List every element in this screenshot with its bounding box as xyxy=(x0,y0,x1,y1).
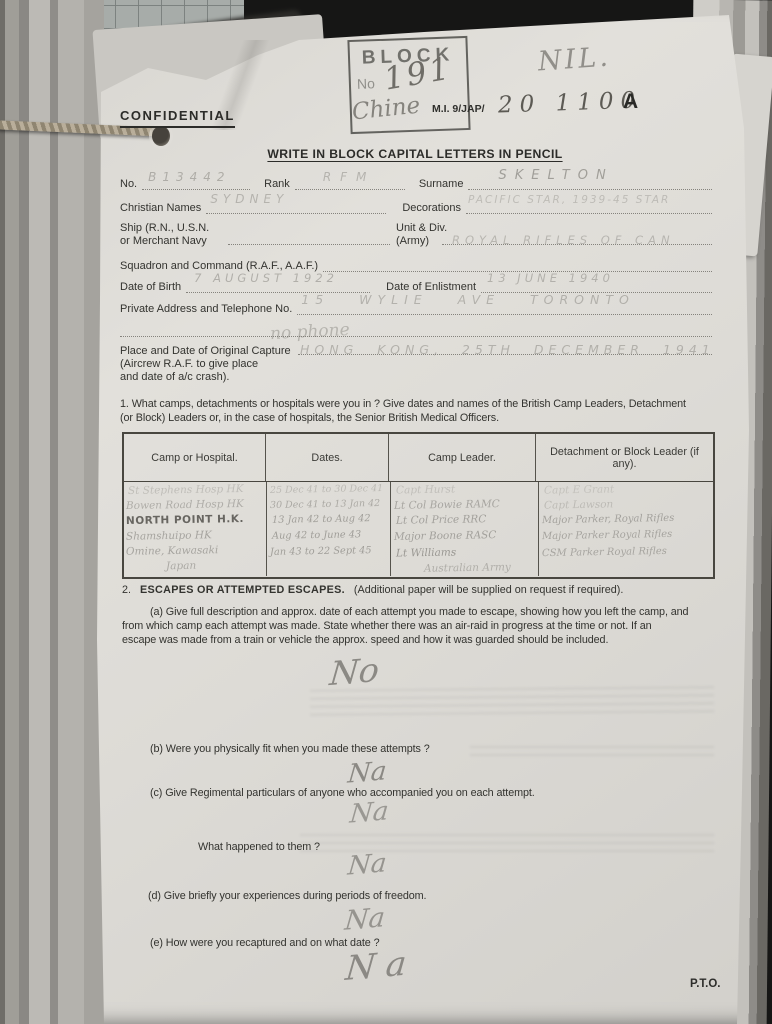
squadron-field xyxy=(323,258,712,272)
question2-number: 2. xyxy=(122,584,131,596)
dates-entry: Aug 42 to June 43 xyxy=(272,529,361,542)
answer-2e: Na xyxy=(344,943,418,989)
ship-label-line1: Ship (R.N., U.S.N. xyxy=(120,222,209,234)
camps-table-body: St Stephens Hosp HK Bowen Road Hosp HK N… xyxy=(124,482,713,576)
question2c2-text: What happened to them ? xyxy=(198,840,320,854)
block-letter-a: A xyxy=(623,90,638,114)
capture-label-line2: (Aircrew R.A.F. to give place xyxy=(120,358,258,370)
address-label: Private Address and Telephone No. xyxy=(120,303,297,315)
header-camp-or-hospital: Camp or Hospital. xyxy=(124,434,266,481)
question2d-text: (d) Give briefly your experiences during… xyxy=(148,889,426,903)
question2a-line1: (a) Give full description and approx. da… xyxy=(122,605,718,619)
question1-line2: (or Block) Leaders or, in the case of ho… xyxy=(120,411,714,425)
camp-leader-entry: Australian Army xyxy=(424,561,511,575)
enlistment-field: 13 JUNE 1940 xyxy=(481,279,712,293)
no-label: No. xyxy=(120,178,142,190)
address-value: 15 WYLIE AVE TORONTO xyxy=(301,292,635,307)
question2a-text: (a) Give full description and approx. da… xyxy=(122,605,718,647)
christian-names-label: Christian Names xyxy=(120,202,206,214)
capture-value: HONG KONG, 25TH DECEMBER 1941 xyxy=(300,342,715,357)
stamp-no-label: No xyxy=(357,75,375,92)
enlistment-value: 13 JUNE 1940 xyxy=(487,271,614,285)
block-leader-entry: Major Parker, Royal Rifles xyxy=(542,513,674,526)
block-leader-entry: CSM Parker Royal Rifles xyxy=(542,546,667,559)
dates-entry: 30 Dec 41 to 13 Jan 42 xyxy=(270,498,380,511)
question2e-text: (e) How were you recaptured and on what … xyxy=(150,936,379,950)
dates-entry: 13 Jan 42 to Aug 42 xyxy=(272,513,371,526)
scanned-document-photo: NIL. BLOCK No 191 Chine M.I. 9/JAP/ 20 1… xyxy=(0,0,772,1024)
capture-field: HONG KONG, 25TH DECEMBER 1941 xyxy=(298,354,712,355)
row-squadron: Squadron and Command (R.A.F., A.A.F.) xyxy=(120,258,712,272)
question2-title: ESCAPES OR ATTEMPTED ESCAPES. xyxy=(140,584,345,596)
answer-2c: Na xyxy=(348,796,389,829)
no-value: B13442 xyxy=(148,170,230,184)
dob-label: Date of Birth xyxy=(120,281,186,293)
dob-field: 7 AUGUST 1922 xyxy=(186,279,370,293)
dates-entry: Jan 43 to 22 Sept 45 xyxy=(270,545,372,558)
ship-field xyxy=(228,244,390,245)
answer-2d: Na xyxy=(343,902,386,936)
surname-label: Surname xyxy=(405,178,469,190)
camp-entry: St Stephens Hosp HK xyxy=(128,483,244,497)
camps-table: Camp or Hospital. Dates. Camp Leader. De… xyxy=(122,432,715,579)
camp-entry: Bowen Road Hosp HK xyxy=(126,498,244,512)
bleed-through-text xyxy=(310,682,714,716)
rank-value: RFM xyxy=(323,170,376,184)
header-camp-leader: Camp Leader. xyxy=(389,434,536,481)
answer-2c2: Na xyxy=(346,848,387,881)
camp-entry: Omine, Kawasaki xyxy=(126,544,218,558)
camp-entry: Japan xyxy=(166,560,196,573)
camp-leader-entry: Lt Williams xyxy=(396,546,456,559)
unit-label-line2: (Army) xyxy=(396,235,429,247)
dates-entry: 25 Dec 41 to 30 Dec 41 xyxy=(270,483,383,496)
surname-value: SKELTON xyxy=(498,168,613,183)
camp-leader-entry: Capt Hurst xyxy=(396,483,455,496)
mi9-reference-label: M.I. 9/JAP/ xyxy=(432,103,485,115)
block-leader-entry: Major Parker Royal Rifles xyxy=(542,529,672,542)
row-dob-enlistment: Date of Birth 7 AUGUST 1922 Date of Enli… xyxy=(120,279,712,293)
decorations-value: PACIFIC STAR, 1939-45 STAR xyxy=(468,194,670,206)
address-field: 15 WYLIE AVE TORONTO xyxy=(297,301,712,315)
question2a-line3: escape was made from a train or vehicle … xyxy=(122,633,718,647)
rank-field: RFM xyxy=(295,176,405,190)
answer-2b: Na xyxy=(346,756,387,789)
address-continuation-line: no phone xyxy=(120,336,712,337)
decorations-label: Decorations xyxy=(386,202,466,214)
punch-hole xyxy=(152,126,170,146)
christian-names-field: SYDNEY xyxy=(206,200,386,214)
mi9-reference-number: 20 1100 xyxy=(498,87,643,118)
question2-note: (Additional paper will be supplied on re… xyxy=(354,584,623,596)
block-leader-entry: Capt E Grant xyxy=(544,483,614,496)
row-address: Private Address and Telephone No. 15 WYL… xyxy=(120,301,712,315)
header-dates: Dates. xyxy=(266,434,389,481)
question2a-line2: from which camp each attempt was made. S… xyxy=(122,619,718,633)
camp-leader-entry: Lt Col Bowie RAMC xyxy=(394,498,500,512)
dob-value: 7 AUGUST 1922 xyxy=(194,271,338,285)
christian-names-value: SYDNEY xyxy=(210,192,288,206)
decorations-field: PACIFIC STAR, 1939-45 STAR xyxy=(466,200,712,214)
form-title: WRITE IN BLOCK CAPITAL LETTERS IN PENCIL xyxy=(120,147,710,161)
capture-label-line3: and date of a/c crash). xyxy=(120,371,229,383)
unit-label-line1: Unit & Div. xyxy=(396,222,447,234)
camp-leader-entry: Lt Col Price RRC xyxy=(396,513,487,527)
block-leader-entry: Capt Lawson xyxy=(544,498,613,511)
left-page-stack-edges xyxy=(0,0,104,1024)
camps-table-header: Camp or Hospital. Dates. Camp Leader. De… xyxy=(124,434,713,482)
address-no-phone: no phone xyxy=(270,320,351,344)
pto-marking: P.T.O. xyxy=(690,978,720,990)
bleed-through-text xyxy=(470,744,714,756)
camp-entry: Shamshuipo HK xyxy=(126,529,212,542)
table-column-divider xyxy=(390,482,391,576)
surname-field: SKELTON xyxy=(468,176,712,190)
bleed-through-text xyxy=(300,834,714,852)
unit-field: ROYAL RIFLES OF CAN xyxy=(442,244,712,245)
nil-annotation: NIL. xyxy=(537,41,612,77)
table-column-divider xyxy=(266,482,267,576)
table-column-divider xyxy=(538,482,539,576)
header-block-leader: Detachment or Block Leader (if any). xyxy=(536,434,713,481)
question1-text: 1. What camps, detachments or hospitals … xyxy=(120,397,714,425)
question2-heading: 2. ESCAPES OR ATTEMPTED ESCAPES. (Additi… xyxy=(122,584,714,596)
row-no-rank-surname: No. B13442 Rank RFM Surname SKELTON xyxy=(120,176,712,190)
no-field: B13442 xyxy=(142,176,250,190)
row-names-decorations: Christian Names SYDNEY Decorations PACIF… xyxy=(120,200,712,214)
confidential-marking: CONFIDENTIAL xyxy=(120,108,235,128)
question1-line1: 1. What camps, detachments or hospitals … xyxy=(120,397,714,411)
camp-leader-entry: Major Boone RASC xyxy=(394,529,497,543)
camp-entry: NORTH POINT H.K. xyxy=(126,513,244,527)
question2c-text: (c) Give Regimental particulars of anyon… xyxy=(150,786,535,800)
capture-label-line1: Place and Date of Original Capture xyxy=(120,345,291,357)
ship-label-line2: or Merchant Navy xyxy=(120,235,207,247)
question2b-text: (b) Were you physically fit when you mad… xyxy=(150,742,430,756)
rank-label: Rank xyxy=(250,178,295,190)
unit-value: ROYAL RIFLES OF CAN xyxy=(452,233,675,247)
